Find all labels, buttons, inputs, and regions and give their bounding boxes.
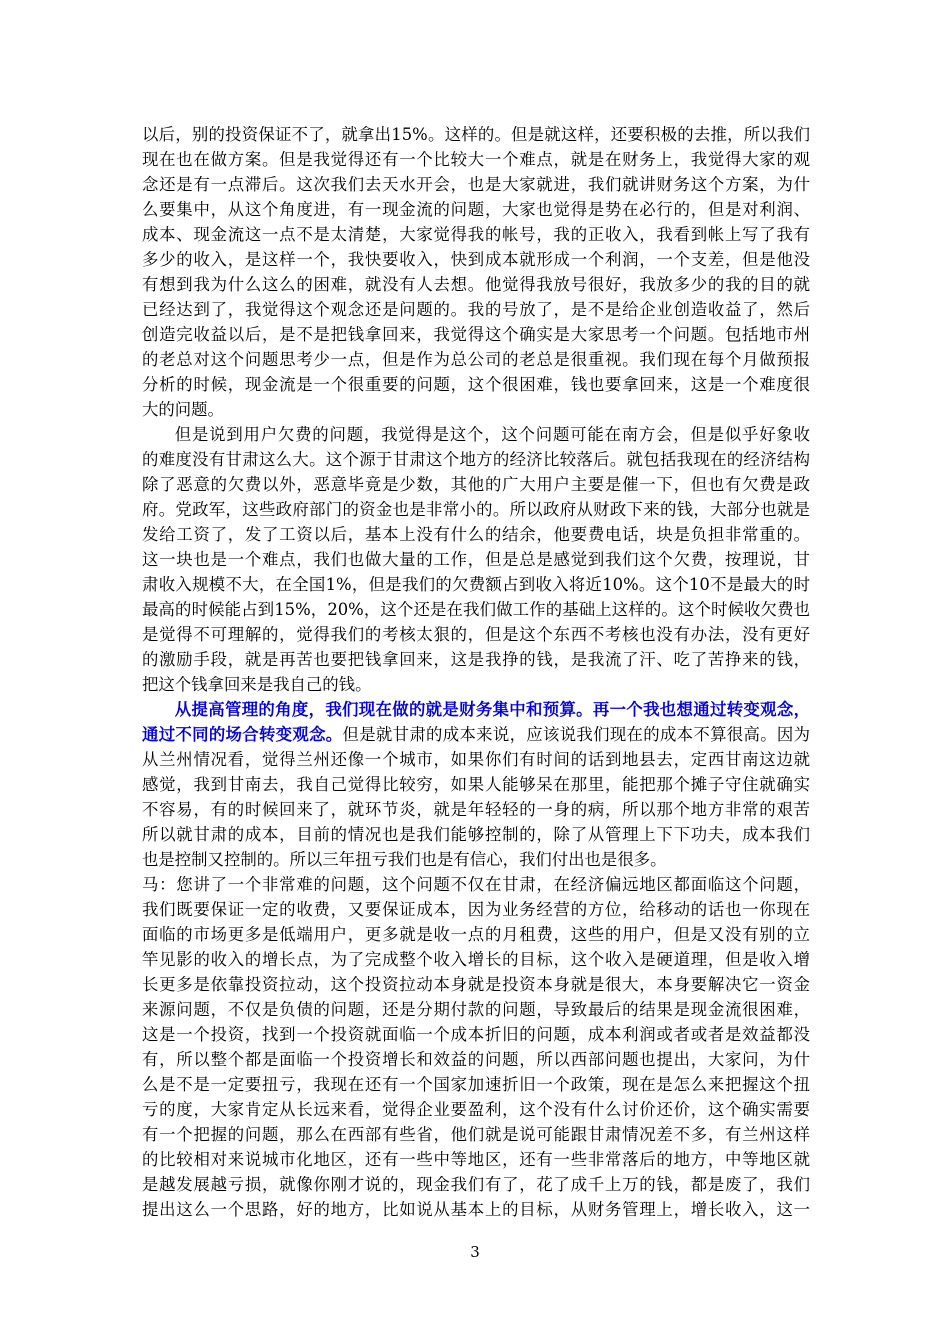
body-text: 亏的度，大家肯定从长远来看，觉得企业要盈利，这个没有什么讨价还价，这个确实需要 bbox=[142, 1100, 810, 1119]
body-text: 最高的时候能占到15%，20%，这个还是在我们做工作的基础上这样的。这个时候收欠… bbox=[142, 600, 810, 619]
text-line: 的老总对这个问题思考少一点，但是作为总公司的老总是很重视。我们现在每个月做预报 bbox=[142, 347, 810, 372]
body-text: 来源问题，不仅是负债的问题，还是分期付款的问题，导致最后的结果是现金流很困难， bbox=[142, 1000, 810, 1019]
text-line: 面临的市场更多是低端用户，更多就是收一点的月租费，这些的用户，但是又没有别的立 bbox=[142, 922, 810, 947]
body-text: 已经达到了，我觉得这个观念还是问题的。我的号放了，是不是给企业创造收益了，然后 bbox=[142, 300, 810, 319]
text-line: 的比较相对来说城市化地区，还有一些中等地区，还有一些非常落后的地方，中等地区就 bbox=[142, 1147, 810, 1172]
body-text: 创造完收益以后，是不是把钱拿回来，我觉得这个确实是大家思考一个问题。包括地市州 bbox=[142, 325, 810, 344]
body-text: 竿见影的收入的增长点，为了完成整个收入增长的目标，这个收入是硬道理，但是收入增 bbox=[142, 950, 810, 969]
body-text: 分析的时候，现金流是一个很重要的问题，这个很困难，钱也要拿回来，这是一个难度很 bbox=[142, 375, 810, 394]
text-line: 这一块也是一个难点，我们也做大量的工作，但是总是感觉到我们这个欠费，按理说，甘 bbox=[142, 547, 810, 572]
text-line: 有想到我为什么这么的困难，就没有人去想。他觉得我放号很好，我放多少的我的目的就 bbox=[142, 272, 810, 297]
text-line: 来源问题，不仅是负债的问题，还是分期付款的问题，导致最后的结果是现金流很困难， bbox=[142, 997, 810, 1022]
text-line: 已经达到了，我觉得这个观念还是问题的。我的号放了，是不是给企业创造收益了，然后 bbox=[142, 297, 810, 322]
text-line: 创造完收益以后，是不是把钱拿回来，我觉得这个确实是大家思考一个问题。包括地市州 bbox=[142, 322, 810, 347]
text-line: 有一个把握的问题，那么在西部有些省，他们就是说可能跟甘肃情况差不多，有兰州这样 bbox=[142, 1122, 810, 1147]
body-text: 的老总对这个问题思考少一点，但是作为总公司的老总是很重视。我们现在每个月做预报 bbox=[142, 350, 810, 369]
body-text: 成本、现金流这一点不是太清楚，大家觉得我的帐号，我的正收入，我看到帐上写了我有 bbox=[142, 225, 810, 244]
text-line: 分析的时候，现金流是一个很重要的问题，这个很困难，钱也要拿回来，这是一个难度很 bbox=[142, 372, 810, 397]
body-text: 的比较相对来说城市化地区，还有一些中等地区，还有一些非常落后的地方，中等地区就 bbox=[142, 1150, 810, 1169]
body-text: 府。党政军，这些政府部门的资金也是非常小的。所以政府从财政下来的钱，大部分也就是 bbox=[142, 500, 810, 519]
text-line: 以后，别的投资保证不了，就拿出15%。这样的。但是就这样，还要积极的去推，所以我… bbox=[142, 122, 810, 147]
body-text: 但是就甘肃的成本来说，应该说我们现在的成本不算很高。因为 bbox=[343, 725, 811, 744]
body-text: 现在也在做方案。但是我觉得还有一个比较大一个难点，就是在财务上，我觉得大家的观 bbox=[142, 150, 810, 169]
body-text: 是觉得不可理解的，觉得我们的考核太狠的，但是这个东西不考核也没有办法，没有更好 bbox=[142, 625, 810, 644]
text-line: 是觉得不可理解的，觉得我们的考核太狠的，但是这个东西不考核也没有办法，没有更好 bbox=[142, 622, 810, 647]
body-text: 以后，别的投资保证不了，就拿出15%。这样的。但是就这样，还要积极的去推，所以我… bbox=[142, 125, 810, 144]
page-number: 3 bbox=[0, 1242, 950, 1262]
body-text: 么是不是一定要扭亏，我现在还有一个国家加速折旧一个政策，现在是怎么来把握这个扭 bbox=[142, 1075, 810, 1094]
body-text: 多少的收入，是这样一个，我快要收入，快到成本就形成一个利润，一个支差，但是他没 bbox=[142, 250, 810, 269]
body-text: 长更多是依靠投资拉动，这个投资拉动本身就是投资本身就是很大，本身要解决它一资金 bbox=[142, 975, 810, 994]
text-line: 从兰州情况看，觉得兰州还像一个城市，如果你们有时间的话到地县去，定西甘南这边就 bbox=[142, 747, 810, 772]
text-line: 大的问题。 bbox=[142, 397, 810, 422]
body-text: 但是说到用户欠费的问题，我觉得是这个，这个问题可能在南方会，但是似乎好象收 bbox=[175, 425, 810, 444]
text-line: 有，所以整个都是面临一个投资增长和效益的问题，所以西部问题也提出，大家问，为什 bbox=[142, 1047, 810, 1072]
text-line: 是越发展越亏损，就像你刚才说的，现金我们有了，花了成千上万的钱，都是废了，我们 bbox=[142, 1172, 810, 1197]
body-text: 的激励手段，就是再苦也要把钱拿回来，这是我挣的钱，是我流了汗、吃了苦挣来的钱， bbox=[142, 650, 810, 669]
text-line: 成本、现金流这一点不是太清楚，大家觉得我的帐号，我的正收入，我看到帐上写了我有 bbox=[142, 222, 810, 247]
text-line: 亏的度，大家肯定从长远来看，觉得企业要盈利，这个没有什么讨价还价，这个确实需要 bbox=[142, 1097, 810, 1122]
text-line: 么要集中，从这个角度进，有一现金流的问题，大家也觉得是势在必行的，但是对利润、 bbox=[142, 197, 810, 222]
text-line: 马：您讲了一个非常难的问题，这个问题不仅在甘肃，在经济偏远地区都面临这个问题， bbox=[142, 872, 810, 897]
highlighted-text: 通过不同的场合转变观念。 bbox=[142, 725, 343, 744]
body-text: 面临的市场更多是低端用户，更多就是收一点的月租费，这些的用户，但是又没有别的立 bbox=[142, 925, 810, 944]
text-line: 提出这么一个思路，好的地方，比如说从基本上的目标，从财务管理上，增长收入，这一 bbox=[142, 1197, 810, 1222]
body-text: 除了恶意的欠费以外，恶意毕竟是少数，其他的广大用户主要是催一下，但也有欠费是政 bbox=[142, 475, 810, 494]
body-text: 么要集中，从这个角度进，有一现金流的问题，大家也觉得是势在必行的，但是对利润、 bbox=[142, 200, 810, 219]
highlighted-text: 从提高管理的角度，我们现在做的就是财务集中和预算。再一个我也想通过转变观念， bbox=[175, 700, 810, 719]
body-text: 有，所以整个都是面临一个投资增长和效益的问题，所以西部问题也提出，大家问，为什 bbox=[142, 1050, 810, 1069]
text-line: 但是说到用户欠费的问题，我觉得是这个，这个问题可能在南方会，但是似乎好象收 bbox=[142, 422, 810, 447]
body-text: 把这个钱拿回来是我自己的钱。 bbox=[142, 675, 371, 694]
body-text: 感觉，我到甘南去，我自己觉得比较穷，如果人能够呆在那里，能把那个摊子守住就确实 bbox=[142, 775, 810, 794]
body-text: 也是控制又控制的。所以三年扭亏我们也是有信心，我们付出也是很多。 bbox=[142, 850, 667, 869]
text-line: 最高的时候能占到15%，20%，这个还是在我们做工作的基础上这样的。这个时候收欠… bbox=[142, 597, 810, 622]
body-text: 肃收入规模不大，在全国1%，但是我们的欠费额占到收入将近10%。这个10不是最大… bbox=[142, 575, 810, 597]
body-text: 是越发展越亏损，就像你刚才说的，现金我们有了，花了成千上万的钱，都是废了，我们 bbox=[142, 1175, 810, 1194]
body-text: 这是一个投资，找到一个投资就面临一个成本折旧的问题，成本利润或者或者是效益都没 bbox=[142, 1025, 810, 1044]
body-text: 马：您讲了一个非常难的问题，这个问题不仅在甘肃，在经济偏远地区都面临这个问题， bbox=[142, 875, 810, 894]
text-line: 也是控制又控制的。所以三年扭亏我们也是有信心，我们付出也是很多。 bbox=[142, 847, 810, 872]
text-line: 的难度没有甘肃这么大。这个源于甘肃这个地方的经济比较落后。就包括我现在的经济结构 bbox=[142, 447, 810, 472]
text-line: 通过不同的场合转变观念。但是就甘肃的成本来说，应该说我们现在的成本不算很高。因为 bbox=[142, 722, 810, 747]
text-line: 多少的收入，是这样一个，我快要收入，快到成本就形成一个利润，一个支差，但是他没 bbox=[142, 247, 810, 272]
body-text: 这一块也是一个难点，我们也做大量的工作，但是总是感觉到我们这个欠费，按理说，甘 bbox=[142, 550, 810, 569]
paragraph: 但是说到用户欠费的问题，我觉得是这个，这个问题可能在南方会，但是似乎好象收的难度… bbox=[142, 422, 810, 697]
text-line: 感觉，我到甘南去，我自己觉得比较穷，如果人能够呆在那里，能把那个摊子守住就确实 bbox=[142, 772, 810, 797]
body-text: 大的问题。 bbox=[142, 400, 224, 419]
body-text: 有一个把握的问题，那么在西部有些省，他们就是说可能跟甘肃情况差不多，有兰州这样 bbox=[142, 1125, 810, 1144]
text-line: 不容易，有的时候回来了，就环节炎，就是年轻轻的一身的病，所以那个地方非常的艰苦 bbox=[142, 797, 810, 822]
body-text: 所以就甘肃的成本，目前的情况也是我们能够控制的，除了从管理上下下功夫，成本我们 bbox=[142, 825, 810, 844]
text-line: 么是不是一定要扭亏，我现在还有一个国家加速折旧一个政策，现在是怎么来把握这个扭 bbox=[142, 1072, 810, 1097]
body-text: 提出这么一个思路，好的地方，比如说从基本上的目标，从财务管理上，增长收入，这一 bbox=[142, 1200, 810, 1219]
body-text: 的难度没有甘肃这么大。这个源于甘肃这个地方的经济比较落后。就包括我现在的经济结构 bbox=[142, 450, 810, 469]
text-line: 除了恶意的欠费以外，恶意毕竟是少数，其他的广大用户主要是催一下，但也有欠费是政 bbox=[142, 472, 810, 497]
text-line: 所以就甘肃的成本，目前的情况也是我们能够控制的，除了从管理上下下功夫，成本我们 bbox=[142, 822, 810, 847]
paragraph: 以后，别的投资保证不了，就拿出15%。这样的。但是就这样，还要积极的去推，所以我… bbox=[142, 122, 810, 422]
text-line: 现在也在做方案。但是我觉得还有一个比较大一个难点，就是在财务上，我觉得大家的观 bbox=[142, 147, 810, 172]
body-text: 从兰州情况看，觉得兰州还像一个城市，如果你们有时间的话到地县去，定西甘南这边就 bbox=[142, 750, 810, 769]
document-page: 以后，别的投资保证不了，就拿出15%。这样的。但是就这样，还要积极的去推，所以我… bbox=[0, 0, 950, 1344]
text-line: 这是一个投资，找到一个投资就面临一个成本折旧的问题，成本利润或者或者是效益都没 bbox=[142, 1022, 810, 1047]
text-line: 竿见影的收入的增长点，为了完成整个收入增长的目标，这个收入是硬道理，但是收入增 bbox=[142, 947, 810, 972]
body-text: 不容易，有的时候回来了，就环节炎，就是年轻轻的一身的病，所以那个地方非常的艰苦 bbox=[142, 800, 810, 819]
body-text: 念还是有一点滞后。这次我们去天水开会，也是大家就进，我们就讲财务这个方案，为什 bbox=[142, 175, 810, 194]
text-line: 把这个钱拿回来是我自己的钱。 bbox=[142, 672, 810, 697]
text-line: 我们既要保证一定的收费，又要保证成本，因为业务经营的方位，给移动的话也一你现在 bbox=[142, 897, 810, 922]
text-line: 府。党政军，这些政府部门的资金也是非常小的。所以政府从财政下来的钱，大部分也就是 bbox=[142, 497, 810, 522]
paragraph: 从提高管理的角度，我们现在做的就是财务集中和预算。再一个我也想通过转变观念，通过… bbox=[142, 697, 810, 872]
document-content: 以后，别的投资保证不了，就拿出15%。这样的。但是就这样，还要积极的去推，所以我… bbox=[142, 122, 810, 1222]
body-text: 有想到我为什么这么的困难，就没有人去想。他觉得我放号很好，我放多少的我的目的就 bbox=[142, 275, 810, 294]
body-text: 发给工资了，发了工资以后，基本上没有什么的结余，他要费电话，块是负担非常重的。 bbox=[142, 525, 810, 544]
text-line: 肃收入规模不大，在全国1%，但是我们的欠费额占到收入将近10%。这个10不是最大… bbox=[142, 572, 810, 597]
text-line: 发给工资了，发了工资以后，基本上没有什么的结余，他要费电话，块是负担非常重的。 bbox=[142, 522, 810, 547]
text-line: 长更多是依靠投资拉动，这个投资拉动本身就是投资本身就是很大，本身要解决它一资金 bbox=[142, 972, 810, 997]
text-line: 的激励手段，就是再苦也要把钱拿回来，这是我挣的钱，是我流了汗、吃了苦挣来的钱， bbox=[142, 647, 810, 672]
paragraph: 马：您讲了一个非常难的问题，这个问题不仅在甘肃，在经济偏远地区都面临这个问题，我… bbox=[142, 872, 810, 1222]
text-line: 念还是有一点滞后。这次我们去天水开会，也是大家就进，我们就讲财务这个方案，为什 bbox=[142, 172, 810, 197]
body-text: 我们既要保证一定的收费，又要保证成本，因为业务经营的方位，给移动的话也一你现在 bbox=[142, 900, 810, 919]
text-line: 从提高管理的角度，我们现在做的就是财务集中和预算。再一个我也想通过转变观念， bbox=[142, 697, 810, 722]
